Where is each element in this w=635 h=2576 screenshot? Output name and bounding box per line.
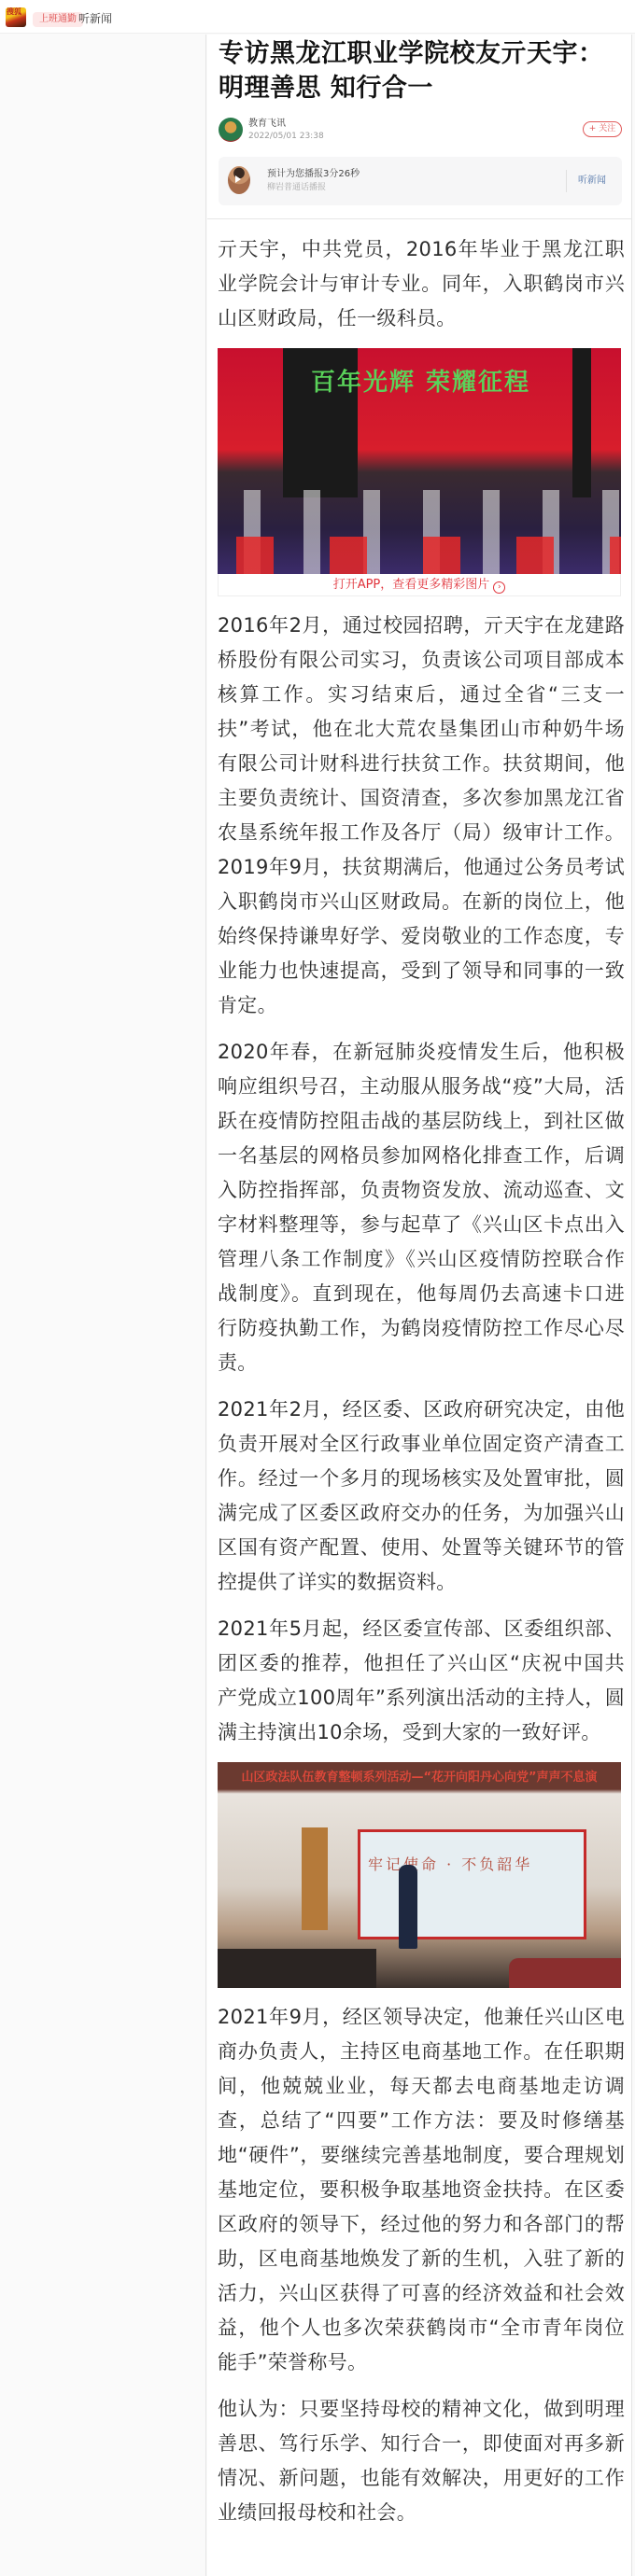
paragraph: 2021年5月起，经区委宣传部、区委组织部、团区委的推荐，他担任了兴山区“庆祝中…	[218, 1612, 625, 1750]
author-row: 教育飞讯 2022/05/01 23:38 + 关注	[219, 118, 622, 144]
logo-text: 搜狐	[7, 7, 21, 17]
paragraph: 2016年2月，通过校园招聘，亓天宇在龙建路桥股份有限公司实习，负责该公司项目部…	[218, 609, 625, 1023]
author-name[interactable]: 教育飞讯	[248, 118, 286, 130]
article-title: 专访黑龙江职业学院校友亓天宇：明理善思 知行合一	[219, 36, 620, 105]
narrator-label: 柳岩普通话播报	[267, 182, 326, 193]
paragraph: 2021年9月，经区领导决定，他兼任兴山区电商办负责人，主持区电商基地工作。在任…	[218, 2000, 625, 2380]
listen-duration: 预计为您播报3分26秒	[267, 168, 360, 180]
projection-screen: 牢记使命 · 不负韶华	[358, 1829, 586, 1939]
divider	[566, 170, 567, 192]
image-banner-text: 山区政法队伍教育整顿系列活动—“花开向阳丹心向党”声声不息演	[218, 1767, 621, 1785]
article-column: 专访黑龙江职业学院校友亓天宇：明理善思 知行合一 教育飞讯 2022/05/01…	[207, 35, 632, 2576]
divider	[207, 218, 632, 219]
audio-listen-card[interactable]: 预计为您播报3分26秒 柳岩普通话播报 听新闻	[219, 157, 622, 205]
commute-tag[interactable]: 上班通勤	[33, 12, 83, 27]
left-sidebar	[0, 35, 206, 2576]
top-bar: 搜狐 上班通勤 听新闻	[0, 0, 635, 34]
chair	[509, 1958, 621, 1988]
paragraph: 亓天宇，中共党员，2016年毕业于黑龙江职业学院会计与审计专业。同年，入职鹤岗市…	[218, 232, 625, 336]
chevron-right-circle-icon: ›	[493, 581, 505, 594]
figure-stage-performance: 百年光辉 荣耀征程 打开APP，查看更多精彩图片›	[218, 348, 621, 596]
screen-text: 牢记使命 · 不负韶华	[368, 1853, 532, 1874]
host-figure	[399, 1865, 417, 1949]
image-banner-text: 百年光辉 荣耀征程	[311, 363, 530, 398]
dancers-row	[218, 537, 621, 574]
table	[218, 1949, 376, 1988]
paragraph: 他认为：只要坚持母校的精神文化，做到明理善思、笃行乐学、知行合一，即使面对再多新…	[218, 2392, 625, 2530]
curtain	[302, 1827, 328, 1930]
play-icon[interactable]	[235, 175, 241, 183]
caption-text: 打开APP，查看更多精彩图片	[333, 578, 490, 592]
stage-performance-image[interactable]: 百年光辉 荣耀征程	[218, 348, 621, 574]
narrator-avatar[interactable]	[228, 166, 250, 194]
open-app-more-images-link[interactable]: 打开APP，查看更多精彩图片›	[218, 574, 621, 596]
stage-pillar	[572, 348, 591, 497]
figure-hosting-event: 山区政法队伍教育整顿系列活动—“花开向阳丹心向党”声声不息演 牢记使命 · 不负…	[218, 1762, 621, 1988]
author-avatar[interactable]	[219, 118, 243, 142]
follow-button[interactable]: + 关注	[583, 121, 622, 137]
listen-news-button[interactable]: 听新闻	[578, 175, 606, 187]
listen-news-link[interactable]: 听新闻	[78, 11, 112, 26]
paragraph: 2021年2月，经区委、区政府研究决定，由他负责开展对全区行政事业单位固定资产清…	[218, 1393, 625, 1600]
paragraph: 2020年春，在新冠肺炎疫情发生后，他积极响应组织号召，主动服从服务战“疫”大局…	[218, 1035, 625, 1380]
sohu-logo-icon[interactable]: 搜狐	[6, 7, 26, 27]
hosting-event-image[interactable]: 山区政法队伍教育整顿系列活动—“花开向阳丹心向党”声声不息演 牢记使命 · 不负…	[218, 1762, 621, 1988]
publish-time: 2022/05/01 23:38	[248, 131, 324, 142]
article-body: 亓天宇，中共党员，2016年毕业于黑龙江职业学院会计与审计专业。同年，入职鹤岗市…	[218, 220, 625, 2542]
